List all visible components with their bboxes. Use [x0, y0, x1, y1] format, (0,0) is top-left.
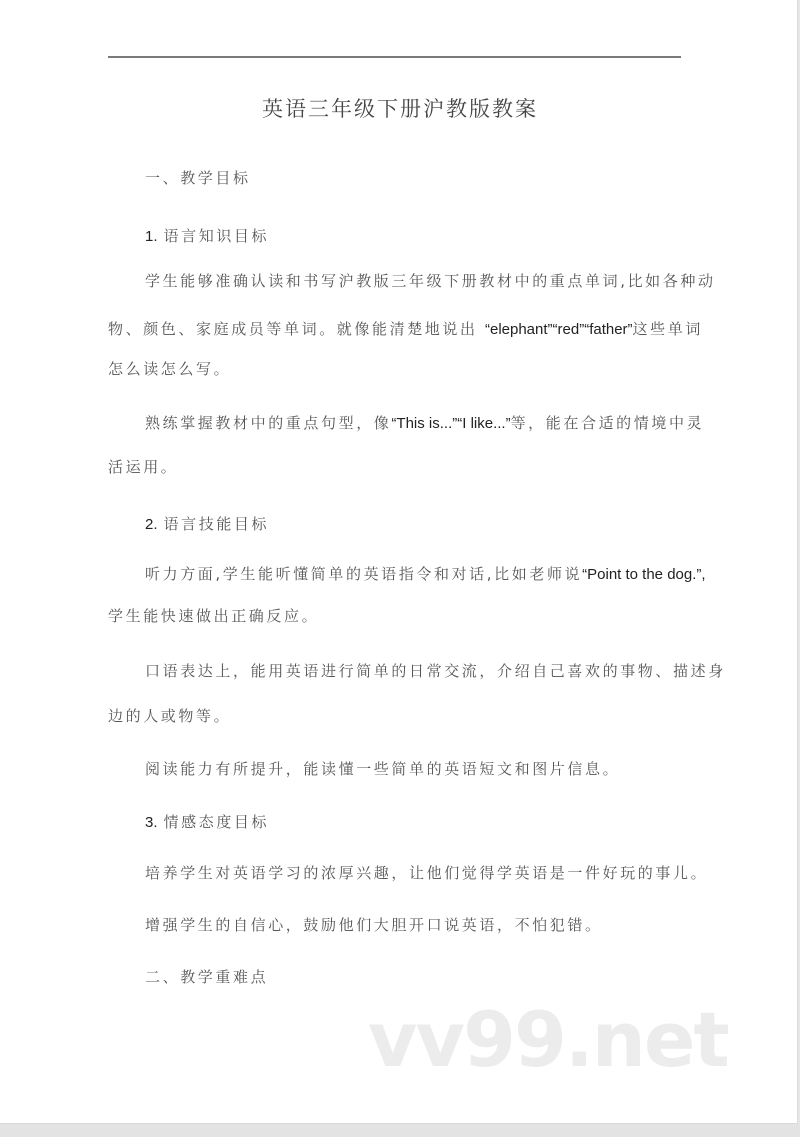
text-span: 这些单词	[633, 320, 703, 338]
subheading-number: 3.	[145, 814, 158, 831]
english-terms: “elephant”“red”“father”	[485, 321, 633, 338]
paragraph-line: 阅读能力有所提升，能读懂一些简单的英语短文和图片信息。	[145, 758, 725, 779]
subheading-label: 语言知识目标	[164, 227, 270, 245]
subheading-2: 2.语言技能目标	[145, 513, 725, 534]
paragraph-line: 学生能快速做出正确反应。	[108, 605, 688, 626]
text-span: 熟练掌握教材中的重点句型，像	[145, 414, 391, 432]
text-span: 听力方面,学生能听懂简单的英语指令和对话,比如老师说	[145, 565, 582, 583]
section-heading-2: 二、教学重难点	[145, 966, 725, 987]
document-title: 英语三年级下册沪教版教案	[0, 93, 800, 123]
paragraph-line: 边的人或物等。	[108, 705, 688, 726]
document-page: 英语三年级下册沪教版教案 一、教学目标 1.语言知识目标 学生能够准确认读和书写…	[0, 0, 798, 1124]
subheading-1: 1.语言知识目标	[145, 225, 725, 246]
paragraph-line: 怎么读怎么写。	[108, 358, 688, 379]
header-rule	[108, 56, 681, 58]
paragraph-line: 熟练掌握教材中的重点句型，像“This is...”“I like...”等，能…	[145, 412, 725, 433]
paragraph-line: 口语表达上，能用英语进行简单的日常交流，介绍自己喜欢的事物、描述身	[145, 660, 725, 681]
subheading-3: 3.情感态度目标	[145, 811, 725, 832]
subheading-number: 2.	[145, 516, 158, 533]
paragraph-line: 活运用。	[108, 456, 688, 477]
subheading-number: 1.	[145, 228, 158, 245]
paragraph-line: 听力方面,学生能听懂简单的英语指令和对话,比如老师说“Point to the …	[145, 563, 725, 584]
english-terms: “This is...”“I like...”	[391, 415, 510, 432]
paragraph-line: 学生能够准确认读和书写沪教版三年级下册教材中的重点单词,比如各种动	[145, 270, 725, 291]
watermark: vv99.net	[368, 995, 728, 1084]
subheading-label: 语言技能目标	[164, 515, 270, 533]
text-span: 物、颜色、家庭成员等单词。就像能清楚地说出	[108, 320, 485, 338]
section-heading-1: 一、教学目标	[145, 167, 725, 188]
paragraph-line: 培养学生对英语学习的浓厚兴趣，让他们觉得学英语是一件好玩的事儿。	[145, 862, 725, 883]
subheading-label: 情感态度目标	[164, 813, 270, 831]
paragraph-line: 物、颜色、家庭成员等单词。就像能清楚地说出 “elephant”“red”“fa…	[108, 318, 688, 339]
text-span: 等，能在合适的情境中灵	[511, 414, 705, 432]
page-gap	[0, 1124, 800, 1137]
paragraph-line: 增强学生的自信心，鼓励他们大胆开口说英语，不怕犯错。	[145, 914, 725, 935]
english-terms: “Point to the dog.”,	[582, 566, 705, 583]
